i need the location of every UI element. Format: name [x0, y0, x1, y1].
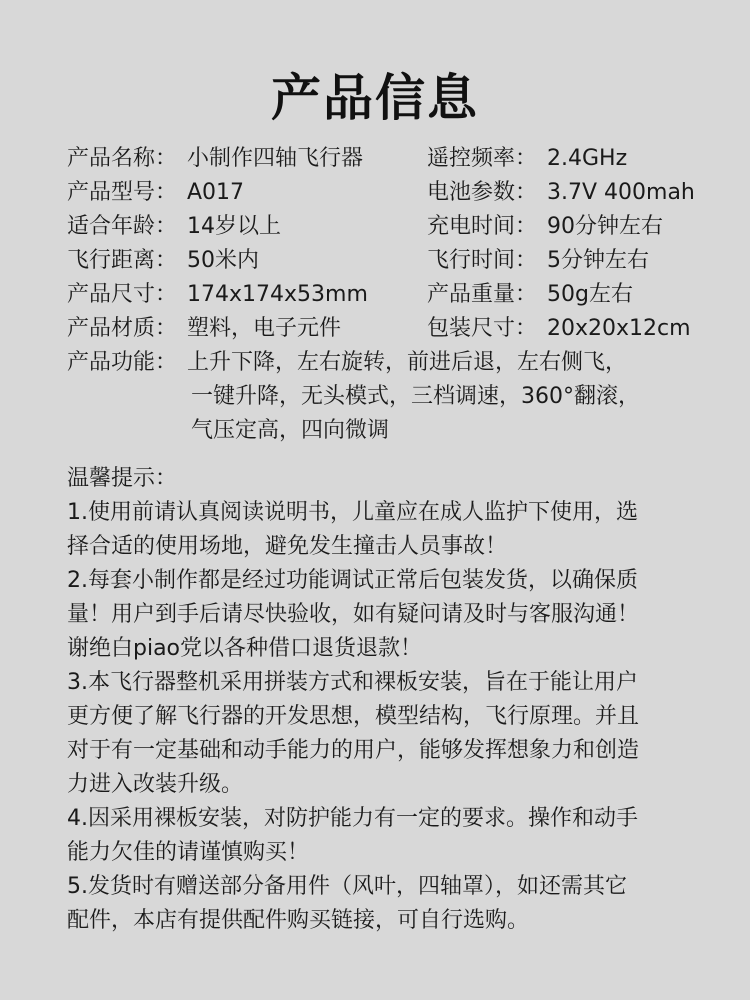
- note-line: 配件，本店有提供配件购买链接，可自行选购。: [67, 904, 707, 938]
- note-line: 谢绝白piao党以各种借口退货退款！: [67, 632, 707, 666]
- spec-value: 50米内: [187, 244, 259, 278]
- spec-row: 产品型号：A017 电池参数：3.7V 400mah: [67, 176, 707, 210]
- spec-label: 飞行时间：: [427, 244, 547, 278]
- spec-label: 遥控频率：: [427, 142, 547, 176]
- note-line: 2.每套小制作都是经过功能调试正常后包装发货，以确保质: [67, 564, 707, 598]
- note-line: 1.使用前请认真阅读说明书，儿童应在成人监护下使用，选: [67, 496, 707, 530]
- spec-value: 3.7V 400mah: [547, 176, 695, 210]
- note-line: 对于有一定基础和动手能力的用户，能够发挥想象力和创造: [67, 734, 707, 768]
- spec-functions: 产品功能： 上升下降，左右旋转，前进后退，左右侧飞， 一键升降，无头模式，三档调…: [67, 346, 707, 448]
- spec-value: 5分钟左右: [547, 244, 649, 278]
- spec-table: 产品名称：小制作四轴飞行器 遥控频率：2.4GHz 产品型号：A017 电池参数…: [67, 142, 707, 448]
- spec-row: 产品尺寸：174x174x53mm 产品重量：50g左右: [67, 278, 707, 312]
- spec-value: 14岁以上: [187, 210, 281, 244]
- functions-list: 上升下降，左右旋转，前进后退，左右侧飞， 一键升降，无头模式，三档调速，360°…: [187, 346, 707, 448]
- spec-item-size: 产品尺寸：174x174x53mm: [67, 278, 368, 312]
- spec-item-frequency: 遥控频率：2.4GHz: [427, 142, 627, 176]
- functions-line: 一键升降，无头模式，三档调速，360°翻滚，: [187, 380, 707, 414]
- spec-row: 适合年龄：14岁以上 充电时间：90分钟左右: [67, 210, 707, 244]
- note-line: 量！用户到手后请尽快验收，如有疑问请及时与客服沟通！: [67, 598, 707, 632]
- spec-item-charge-time: 充电时间：90分钟左右: [427, 210, 663, 244]
- spec-label: 产品尺寸：: [67, 278, 187, 312]
- functions-line: 气压定高，四向微调: [187, 414, 707, 448]
- note-line: 3.本飞行器整机采用拼装方式和裸板安装，旨在于能让用户: [67, 666, 707, 700]
- note-line: 力进入改装升级。: [67, 768, 707, 802]
- spec-item-model: 产品型号：A017: [67, 176, 244, 210]
- spec-label: 产品名称：: [67, 142, 187, 176]
- spec-row: 产品材质：塑料，电子元件 包装尺寸：20x20x12cm: [67, 312, 707, 346]
- page-title: 产品信息: [0, 58, 750, 130]
- spec-label: 充电时间：: [427, 210, 547, 244]
- spec-item-flight-time: 飞行时间：5分钟左右: [427, 244, 649, 278]
- spec-label: 产品材质：: [67, 312, 187, 346]
- spec-item-package-size: 包装尺寸：20x20x12cm: [427, 312, 691, 346]
- spec-label: 包装尺寸：: [427, 312, 547, 346]
- spec-row: 飞行距离：50米内 飞行时间：5分钟左右: [67, 244, 707, 278]
- spec-item-weight: 产品重量：50g左右: [427, 278, 633, 312]
- spec-value: 2.4GHz: [547, 142, 627, 176]
- spec-label: 飞行距离：: [67, 244, 187, 278]
- note-line: 择合适的使用场地，避免发生撞击人员事故！: [67, 530, 707, 564]
- notes-section: 温馨提示： 1.使用前请认真阅读说明书，儿童应在成人监护下使用，选 择合适的使用…: [67, 462, 707, 938]
- spec-label: 电池参数：: [427, 176, 547, 210]
- spec-item-name: 产品名称：小制作四轴飞行器: [67, 142, 363, 176]
- spec-label: 产品型号：: [67, 176, 187, 210]
- notes-heading: 温馨提示：: [67, 462, 707, 496]
- note-line: 4.因采用裸板安装，对防护能力有一定的要求。操作和动手: [67, 802, 707, 836]
- spec-value: 20x20x12cm: [547, 312, 691, 346]
- spec-value: 50g左右: [547, 278, 633, 312]
- spec-item-battery: 电池参数：3.7V 400mah: [427, 176, 695, 210]
- functions-line: 上升下降，左右旋转，前进后退，左右侧飞，: [187, 346, 707, 380]
- spec-item-age: 适合年龄：14岁以上: [67, 210, 281, 244]
- note-line: 5.发货时有赠送部分备用件（风叶，四轴罩），如还需其它: [67, 870, 707, 904]
- spec-value: 90分钟左右: [547, 210, 663, 244]
- note-line: 更方便了解飞行器的开发思想，模型结构，飞行原理。并且: [67, 700, 707, 734]
- spec-value: 174x174x53mm: [187, 278, 368, 312]
- note-line: 能力欠佳的请谨慎购买！: [67, 836, 707, 870]
- spec-label: 产品重量：: [427, 278, 547, 312]
- spec-value: A017: [187, 176, 244, 210]
- spec-label: 适合年龄：: [67, 210, 187, 244]
- spec-value: 小制作四轴飞行器: [187, 142, 363, 176]
- functions-label: 产品功能：: [67, 346, 187, 380]
- spec-row: 产品名称：小制作四轴飞行器 遥控频率：2.4GHz: [67, 142, 707, 176]
- spec-item-range: 飞行距离：50米内: [67, 244, 259, 278]
- spec-value: 塑料，电子元件: [187, 312, 341, 346]
- spec-item-material: 产品材质：塑料，电子元件: [67, 312, 341, 346]
